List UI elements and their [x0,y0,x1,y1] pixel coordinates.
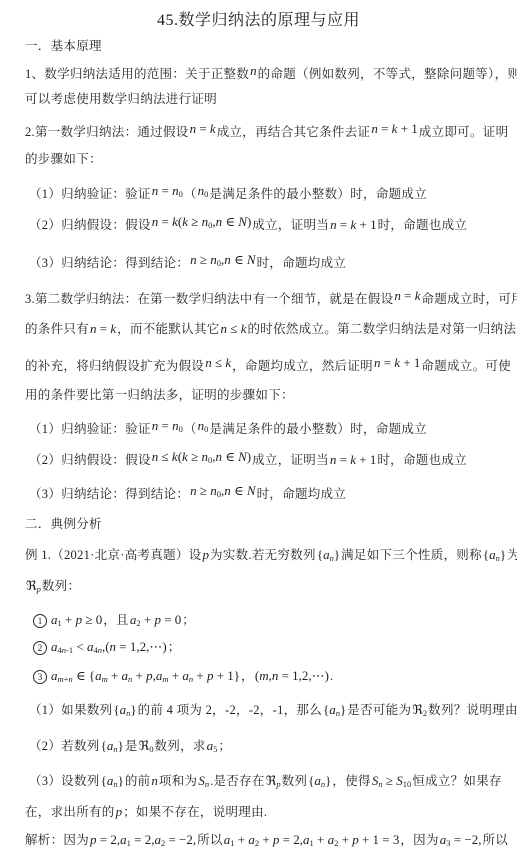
inline-formula: {an} [307,773,332,788]
text-run: 时，命题均成立 [257,256,347,270]
inline-formula: ℜp [25,578,42,593]
inline-formula: n0 [197,418,210,433]
subscript: 0 [179,424,183,434]
text-run: 的补充，将归纳假设扩充为假设 [25,359,204,373]
text-run: 是 [125,739,138,753]
inline-formula: a1 + a2 + p = 2,a1 + a2 + p + 1 = 3 [223,832,401,847]
inline-formula: n ≤ k [220,321,248,336]
inline-formula: a3 = −2, [439,832,483,847]
text-run: 的前 4 项为 2，-2，-2，-1，那么 [138,703,322,717]
text-line-step1-assume: （2）归纳假设：假设n = k(k ≥ n0,n ∈ N)成立，证明当n = k… [25,214,499,236]
inline-formula: {an} [100,773,125,788]
subscript: 0 [208,220,212,230]
inline-formula: a5 [206,738,219,753]
text-run: ，且 [103,613,129,627]
text-run: 的命题（例如数列，不等式，整除问题等），则 [258,67,517,81]
subscript: 1 [58,618,62,628]
text-line-para-scope-2: 可以考虑使用数学归纳法进行证明 [25,89,495,111]
inline-formula: am+n ∈ {am + an + p,am + an + p + 1} [50,668,241,683]
text-run: 的前 [125,774,151,788]
text-run: 例 1.（2021·北京·高考真题）设 [25,548,202,562]
text-run: 成立，再结合其它条件去证 [217,125,371,139]
inline-formula: n ≥ n0,n ∈ N [189,252,256,267]
inline-formula: n = k [393,288,421,303]
text-run: 所以 [197,833,223,847]
text-run: （ [184,422,197,436]
text-run: 可以考虑使用数学归纳法进行证明 [25,92,217,106]
text-run: 2.第一数学归纳法：通过假设 [25,125,189,139]
text-line-question-1: （1）如果数列{an}的前 4 项为 2，-2，-2，-1，那么{an}是否可能… [25,700,499,722]
inline-formula: n ≤ k [204,355,232,370]
text-run: 命题成立。可使 [421,359,511,373]
inline-formula: a2 + p = 0 [129,612,182,627]
inline-formula: {an} [100,738,125,753]
inline-formula: n = n0 [151,418,184,433]
subscript: 3 [446,838,450,848]
inline-formula: ℜp [265,773,282,788]
text-run: 是满足条件的最小整数）时，命题成立 [209,422,427,436]
text-run: 数列： [42,579,80,593]
text-run: ；如果不存在，说明理由. [123,805,267,819]
subscript: 1 [310,838,314,848]
text-line-para-second-induction-2: 的条件只有n = k，而不能默认其它n ≤ k的时依然成立。第二数学归纳法是对第… [25,319,495,341]
text-line-para-second-induction-1: 3.第二数学归纳法：在第一数学归纳法中有一个细节，就是在假设n = k命题成立时… [25,288,495,310]
text-run: 1、数学归纳法适用的范围：关于正整数 [25,67,249,81]
text-line-step2-assume: （2）归纳假设：假设n ≤ k(k ≥ n0,n ∈ N)成立，证明当n = k… [25,449,499,471]
text-run: .是否存在 [210,774,265,788]
subscript: 5 [213,744,217,754]
inline-formula: {an} [316,547,341,562]
subscript: 2 [255,838,259,848]
inline-formula: n ≥ n0,n ∈ N [189,483,256,498]
text-run: 满足如下三个性质，则称 [341,548,482,562]
inline-formula: p = 2,a1 = 2,a2 = −2, [89,832,197,847]
text-run: 项和为 [159,774,197,788]
subscript: 1 [230,838,234,848]
document-title: 45.数学归纳法的原理与应用 [0,7,517,30]
text-run: ； [182,613,195,627]
text-run: 二．典例分析 [25,517,102,531]
text-run: ，使得 [332,774,370,788]
text-line-property-2: 2a4n-1 < a4n,(n = 1,2,⋯)； [25,637,503,659]
circled-number: 3 [33,670,47,684]
inline-formula: n [150,773,159,788]
text-run: 用的条件要比第一归纳法多，证明的步骤如下： [25,388,294,402]
text-run: （ [184,187,197,201]
subscript: 0 [217,258,221,268]
text-line-solution-1: 解析：因为p = 2,a1 = 2,a2 = −2,所以a1 + a2 + p … [25,830,495,852]
subscript: 2 [136,618,140,628]
subscript: 4n [93,645,102,655]
subscript: n [321,779,325,789]
text-run: 解析：因为 [25,833,89,847]
text-run: 命题成立时，可用 [422,292,517,306]
text-run: （2）归纳假设：假设 [29,453,151,467]
text-run: 时，命题均成立 [257,487,347,501]
inline-formula: n = n0 [151,183,184,198]
inline-formula: Sn [197,773,210,788]
text-run: 的时依然成立。第二数学归纳法是对第一归纳法 [247,322,516,336]
subscript: 2 [334,838,338,848]
text-run: 所以 [482,833,508,847]
inline-formula: n ≤ k(k ≥ n0,n ∈ N) [151,449,252,464]
subscript: n [113,779,117,789]
text-line-question-3b: 在，求出所有的p；如果不存在，说明理由. [25,802,495,824]
text-run: 数列？说明理由； [428,703,517,717]
text-run: 是否可能为 [347,703,411,717]
subscript: m [102,674,108,684]
text-line-section-heading-1: 一．基本原理 [25,36,495,58]
text-run: （1）归纳验证：验证 [29,187,151,201]
text-run: 成立，证明当 [252,218,329,232]
subscript: 0 [217,489,221,499]
subscript: p [37,584,41,594]
text-run: （3）归纳结论：得到结论： [29,487,189,501]
inline-formula: n = k [189,121,217,136]
subscript: 2 [423,708,427,718]
circled-number: 2 [33,641,47,655]
subscript: 0 [204,189,208,199]
inline-formula: a4n-1 < a4n,(n = 1,2,⋯) [50,639,168,654]
text-run: 时，命题也成立 [377,453,467,467]
inline-formula: p [115,804,124,819]
subscript: p [276,779,280,789]
inline-formula: n = k + 1 [373,355,421,370]
circled-number: 1 [33,614,47,628]
text-run: （1）如果数列 [29,703,112,717]
text-line-para-second-induction-3: 的补充，将归纳假设扩充为假设n ≤ k，命题均成立，然后证明n = k + 1命… [25,355,495,377]
text-run: 成立，证明当 [252,453,329,467]
text-line-para-second-induction-4: 用的条件要比第一归纳法多，证明的步骤如下： [25,385,495,407]
text-run: ，而不能默认其它 [117,322,219,336]
text-line-para-scope-1: 1、数学归纳法适用的范围：关于正整数n的命题（例如数列，不等式，整除问题等），则 [25,63,495,85]
text-run: 一．基本原理 [25,39,102,53]
text-run: （3）归纳结论：得到结论： [29,256,189,270]
text-line-example1-intro-2: ℜp数列： [25,576,495,598]
text-run: 的条件只有 [25,322,89,336]
subscript: n [128,674,132,684]
text-run: （3）设数列 [29,774,100,788]
subscript: n [113,744,117,754]
inline-formula: n = k(k ≥ n0,n ∈ N) [151,214,253,229]
inline-formula: n [249,63,258,78]
text-run: 在，求出所有的 [25,805,115,819]
text-line-question-2: （2）若数列{an}是ℜ0数列，求a5； [25,736,499,758]
subscript: n [205,779,209,789]
text-line-step1-conclude: （3）归纳结论：得到结论：n ≥ n0,n ∈ N时，命题均成立 [25,252,499,274]
inline-formula: (m,n = 1,2,⋯) [254,668,330,683]
subscript: 0 [208,455,212,465]
text-run: 时，命题也成立 [378,218,468,232]
inline-formula: {an} [322,702,347,717]
subscript: 4n-1 [58,645,74,655]
text-run: ，因为 [400,833,438,847]
text-run: 为 [507,548,517,562]
subscript: 0 [204,424,208,434]
text-run: 数列 [282,774,308,788]
text-line-step2-verify: （1）归纳验证：验证n = n0（n0是满足条件的最小整数）时，命题成立 [25,418,499,440]
inline-formula: {an} [112,702,137,717]
text-line-section-heading-2: 二．典例分析 [25,514,495,536]
text-run: 3.第二数学归纳法：在第一数学归纳法中有一个细节，就是在假设 [25,292,393,306]
text-run: ； [168,640,181,654]
text-run: （2）归纳假设：假设 [29,218,151,232]
text-line-example1-intro-1: 例 1.（2021·北京·高考真题）设p为实数.若无穷数列{an}满足如下三个性… [25,545,495,567]
subscript: 0 [179,189,183,199]
subscript: n [126,708,130,718]
subscript: 2 [161,838,165,848]
text-run: ； [218,739,231,753]
subscript: 10 [403,779,412,789]
text-run: （2）若数列 [29,739,100,753]
subscript: n [496,553,500,563]
document-page: 45.数学归纳法的原理与应用 一．基本原理1、数学归纳法适用的范围：关于正整数n… [0,0,517,867]
inline-formula: n = k [89,321,117,336]
text-run: 是满足条件的最小整数）时，命题成立 [209,187,427,201]
subscript: m+n [58,674,73,684]
text-line-property-3: 3am+n ∈ {am + an + p,am + an + p + 1}，(m… [25,666,503,688]
text-line-step2-conclude: （3）归纳结论：得到结论：n ≥ n0,n ∈ N时，命题均成立 [25,483,499,505]
text-run: 数列，求 [154,739,205,753]
text-run: ， [241,669,254,683]
inline-formula: a1 + p ≥ 0 [50,612,103,627]
text-line-question-3a: （3）设数列{an}的前n项和为Sn.是否存在ℜp数列{an}，使得Sn ≥ S… [25,771,499,793]
text-line-property-1: 1a1 + p ≥ 0，且a2 + p = 0； [25,610,503,632]
inline-formula: Sn ≥ S10 [371,773,412,788]
inline-formula: {an} [482,547,507,562]
subscript: 1 [127,838,131,848]
inline-formula: p [202,547,211,562]
inline-formula: n0 [197,183,210,198]
text-run: 成立即可。证明 [419,125,509,139]
subscript: 0 [149,744,153,754]
inline-formula: ℜ2 [411,702,428,717]
text-line-para-first-induction-2: 的步骤如下： [25,149,495,171]
inline-formula: n = k + 1 [329,217,377,232]
inline-formula: ℜ0 [138,738,155,753]
subscript: n [378,779,382,789]
text-line-para-first-induction-1: 2.第一数学归纳法：通过假设n = k成立，再结合其它条件去证n = k + 1… [25,121,495,143]
subscript: n [330,553,334,563]
text-run: 为实数.若无穷数列 [210,548,316,562]
text-run: 恒成立？如果存 [412,774,502,788]
text-run: （1）归纳验证：验证 [29,422,151,436]
subscript: n [189,674,193,684]
inline-formula: n = k + 1 [329,452,377,467]
text-line-step1-verify: （1）归纳验证：验证n = n0（n0是满足条件的最小整数）时，命题成立 [25,183,499,205]
text-run: . [330,669,333,683]
subscript: m [162,674,168,684]
text-run: ，命题均成立，然后证明 [232,359,373,373]
text-run: 的步骤如下： [25,152,102,166]
inline-formula: n = k + 1 [370,121,418,136]
subscript: n [336,708,340,718]
